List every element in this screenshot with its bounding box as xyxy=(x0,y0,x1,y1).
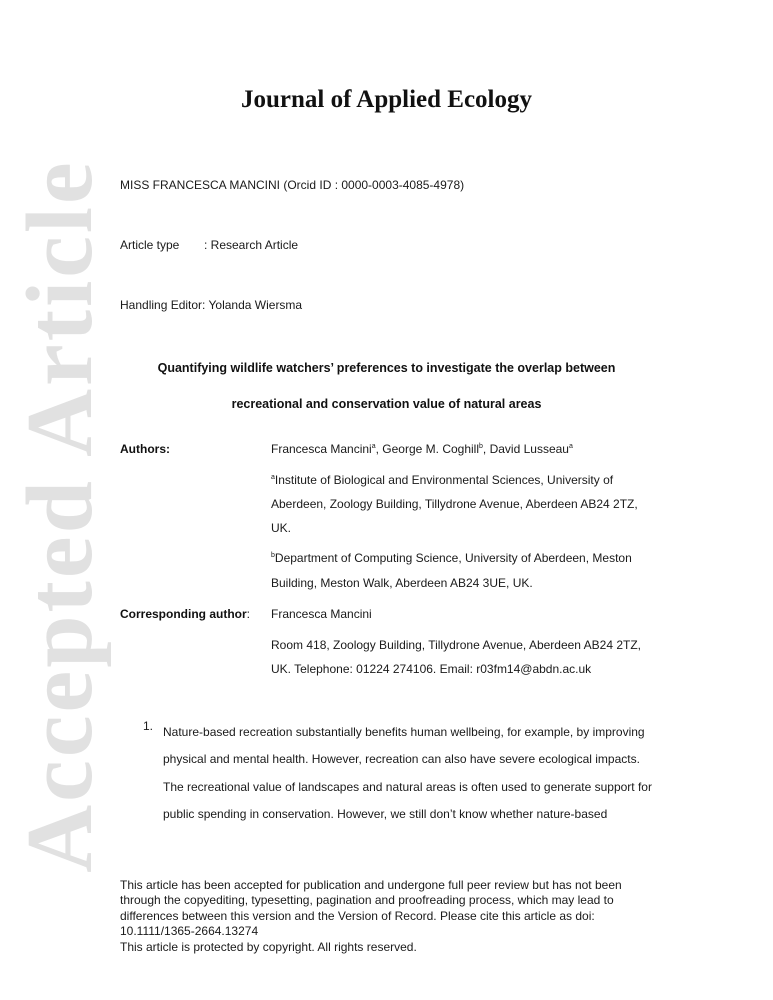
author-orcid-line: MISS FRANCESCA MANCINI (Orcid ID : 0000-… xyxy=(120,178,464,192)
notice-line-2: through the copyediting, typesetting, pa… xyxy=(120,893,660,908)
journal-title: Journal of Applied Ecology xyxy=(0,86,773,114)
authors-list: Francesca Mancinia, George M. Coghillb, … xyxy=(271,442,573,456)
notice-line-1: This article has been accepted for publi… xyxy=(120,878,660,893)
author-name: Francesca Mancini xyxy=(271,442,372,456)
paper-title-line-1: Quantifying wildlife watchers’ preferenc… xyxy=(0,361,773,375)
abstract-item-number: 1. xyxy=(143,719,153,733)
abstract-item-text: Nature-based recreation substantially be… xyxy=(163,719,663,828)
abstract-item-1: 1. Nature-based recreation substantially… xyxy=(143,719,663,840)
colon: : xyxy=(247,607,250,621)
affiliation-b-line-1: bDepartment of Computing Science, Univer… xyxy=(271,551,632,565)
affiliation-text: Institute of Biological and Environmenta… xyxy=(275,473,613,487)
corresponding-address-line-2: UK. Telephone: 01224 274106. Email: r03f… xyxy=(271,662,591,676)
notice-line-3: differences between this version and the… xyxy=(120,909,660,924)
article-type-label: Article type xyxy=(120,238,204,252)
affiliation-a-line-1: aInstitute of Biological and Environment… xyxy=(271,473,613,487)
handling-editor: Handling Editor: Yolanda Wiersma xyxy=(120,298,302,312)
affiliation-text: Department of Computing Science, Univers… xyxy=(275,551,632,565)
corresponding-label-text: Corresponding author xyxy=(120,607,247,621)
affiliation-mark: a xyxy=(569,443,573,450)
paper-title-line-2: recreational and conservation value of n… xyxy=(0,397,773,411)
author-name: David Lusseau xyxy=(490,442,569,456)
authors-label: Authors: xyxy=(120,442,170,456)
separator: , xyxy=(483,442,490,456)
corresponding-address-line-1: Room 418, Zoology Building, Tillydrone A… xyxy=(271,638,641,652)
affiliation-b-line-2: Building, Meston Walk, Aberdeen AB24 3UE… xyxy=(271,576,533,590)
article-type-value: : Research Article xyxy=(204,238,298,252)
accepted-article-watermark: Accepted Article xyxy=(13,159,107,873)
author-name: George M. Coghill xyxy=(382,442,479,456)
doi: 10.1111/1365-2664.13274 xyxy=(120,924,660,939)
copyright-notice: This article is protected by copyright. … xyxy=(120,940,660,955)
corresponding-author-label: Corresponding author: xyxy=(120,607,250,621)
article-type-line: Article type: Research Article xyxy=(120,238,298,252)
corresponding-author-name: Francesca Mancini xyxy=(271,607,372,621)
affiliation-a-line-3: UK. xyxy=(271,521,291,535)
acceptance-notice: This article has been accepted for publi… xyxy=(120,878,660,955)
affiliation-a-line-2: Aberdeen, Zoology Building, Tillydrone A… xyxy=(271,497,638,511)
